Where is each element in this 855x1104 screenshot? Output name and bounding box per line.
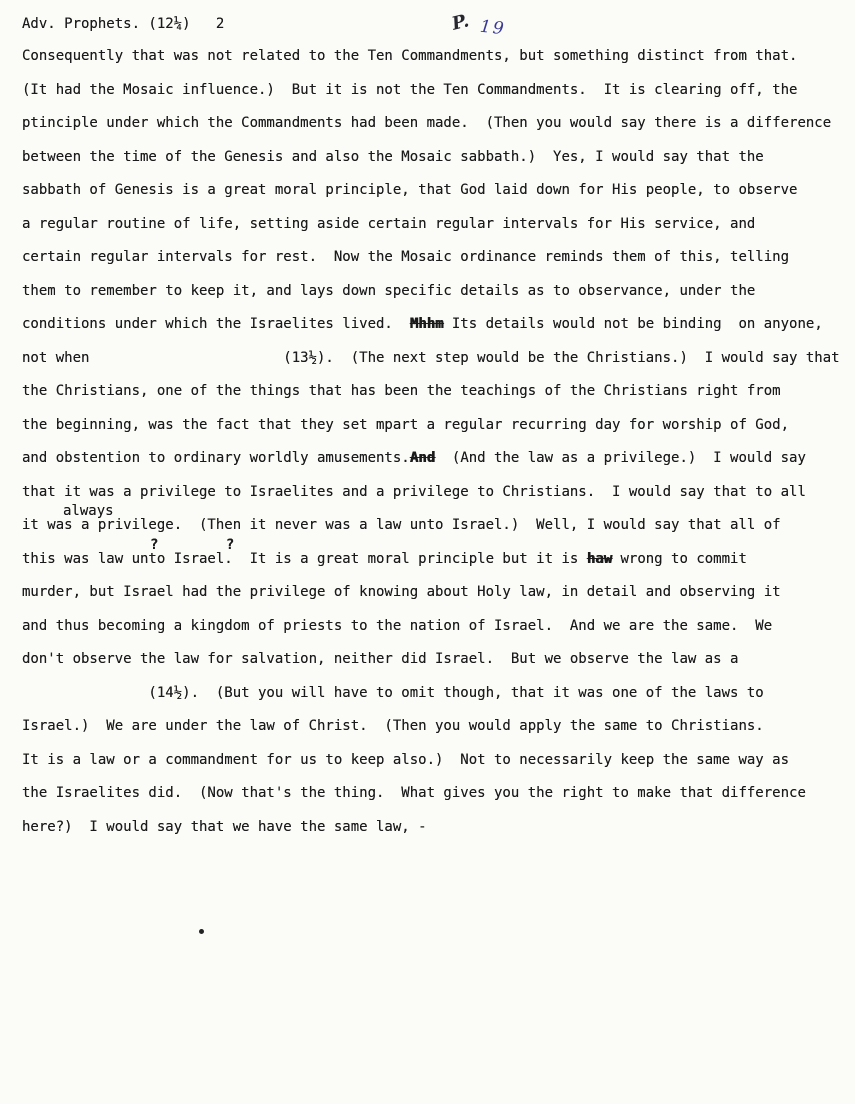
text-line: Consequently that was not related to the… — [22, 40, 847, 74]
text-segment: it was a privilege. (Then it never was a… — [22, 517, 781, 533]
text-segment: murder, but Israel had the privilege of … — [22, 584, 781, 600]
page-header: Adv. Prophets. (12¼) 2 — [22, 10, 224, 38]
text-line: a regular routine of life, setting aside… — [22, 208, 847, 242]
text-segment: them to remember to keep it, and lays do… — [22, 283, 755, 299]
document-lines: Consequently that was not related to the… — [22, 40, 847, 844]
text-segment: (14½). (But you will have to omit though… — [22, 685, 764, 701]
text-segment: (And the law as a privilege.) I would sa… — [435, 450, 806, 466]
struck-out-text: And — [410, 450, 435, 466]
text-segment: don't observe the law for salvation, nei… — [22, 651, 738, 667]
text-segment: Consequently that was not related to the… — [22, 48, 797, 64]
header-title: Adv. Prophets. (12¼) — [22, 16, 191, 32]
text-line: Israel.) We are under the law of Christ.… — [22, 710, 847, 744]
typewritten-page: Adv. Prophets. (12¼) 2 P. 19 Consequentl… — [0, 0, 855, 1104]
header-spacer — [191, 16, 216, 32]
text-line: (It had the Mosaic influence.) But it is… — [22, 74, 847, 108]
text-line: sabbath of Genesis is a great moral prin… — [22, 174, 847, 208]
text-line: this was law unto Israel. It is a great … — [22, 543, 847, 577]
struck-out-text: Mhhm — [410, 316, 444, 332]
text-segment: here?) I would say that we have the same… — [22, 819, 427, 835]
text-line: the beginning, was the fact that they se… — [22, 409, 847, 443]
page-number: 2 — [216, 16, 224, 32]
text-line: and thus becoming a kingdom of priests t… — [22, 610, 847, 644]
text-segment: not when (13½). (The next step would be … — [22, 350, 840, 366]
text-line: the Israelites did. (Now that's the thin… — [22, 777, 847, 811]
text-line: certain regular intervals for rest. Now … — [22, 241, 847, 275]
text-line: that it was a privilege to Israelites an… — [22, 476, 847, 510]
text-segment: this was law unto Israel. It is a great … — [22, 551, 587, 567]
text-segment: the Israelites did. (Now that's the thin… — [22, 785, 806, 801]
text-line: It is a law or a commandment for us to k… — [22, 744, 847, 778]
text-segment: that it was a privilege to Israelites an… — [22, 484, 806, 500]
text-segment: sabbath of Genesis is a great moral prin… — [22, 182, 797, 198]
text-segment: and obstention to ordinary worldly amuse… — [22, 450, 410, 466]
text-segment: certain regular intervals for rest. Now … — [22, 249, 789, 265]
text-segment: a regular routine of life, setting aside… — [22, 216, 755, 232]
text-line: murder, but Israel had the privilege of … — [22, 576, 847, 610]
stray-ink-dot — [199, 929, 204, 934]
text-segment: Its details would not be binding on anyo… — [443, 316, 822, 332]
text-line: and obstention to ordinary worldly amuse… — [22, 442, 847, 476]
question-mark-annotations: ? ? — [150, 537, 234, 553]
inserted-word-always: always — [63, 503, 114, 519]
text-segment: It is a law or a commandment for us to k… — [22, 752, 789, 768]
text-line: it was a privilege. (Then it never was a… — [22, 509, 847, 543]
struck-out-text: haw — [587, 551, 612, 567]
text-segment: wrong to commit — [612, 551, 747, 567]
text-line: (14½). (But you will have to omit though… — [22, 677, 847, 711]
handwritten-prefix: P. — [450, 10, 471, 34]
text-line: between the time of the Genesis and also… — [22, 141, 847, 175]
text-line: the Christians, one of the things that h… — [22, 375, 847, 409]
text-segment: between the time of the Genesis and also… — [22, 149, 764, 165]
text-line: here?) I would say that we have the same… — [22, 811, 847, 845]
text-line: ptinciple under which the Commandments h… — [22, 107, 847, 141]
text-segment: the beginning, was the fact that they se… — [22, 417, 789, 433]
text-line: don't observe the law for salvation, nei… — [22, 643, 847, 677]
text-segment: Israel.) We are under the law of Christ.… — [22, 718, 764, 734]
handwritten-page-number: 19 — [479, 17, 507, 40]
text-segment: conditions under which the Israelites li… — [22, 316, 410, 332]
text-segment: the Christians, one of the things that h… — [22, 383, 781, 399]
text-segment: (It had the Mosaic influence.) But it is… — [22, 82, 797, 98]
text-line: not when (13½). (The next step would be … — [22, 342, 847, 376]
text-line: them to remember to keep it, and lays do… — [22, 275, 847, 309]
text-segment: ptinciple under which the Commandments h… — [22, 115, 831, 131]
text-line: conditions under which the Israelites li… — [22, 308, 847, 342]
text-segment: and thus becoming a kingdom of priests t… — [22, 618, 772, 634]
